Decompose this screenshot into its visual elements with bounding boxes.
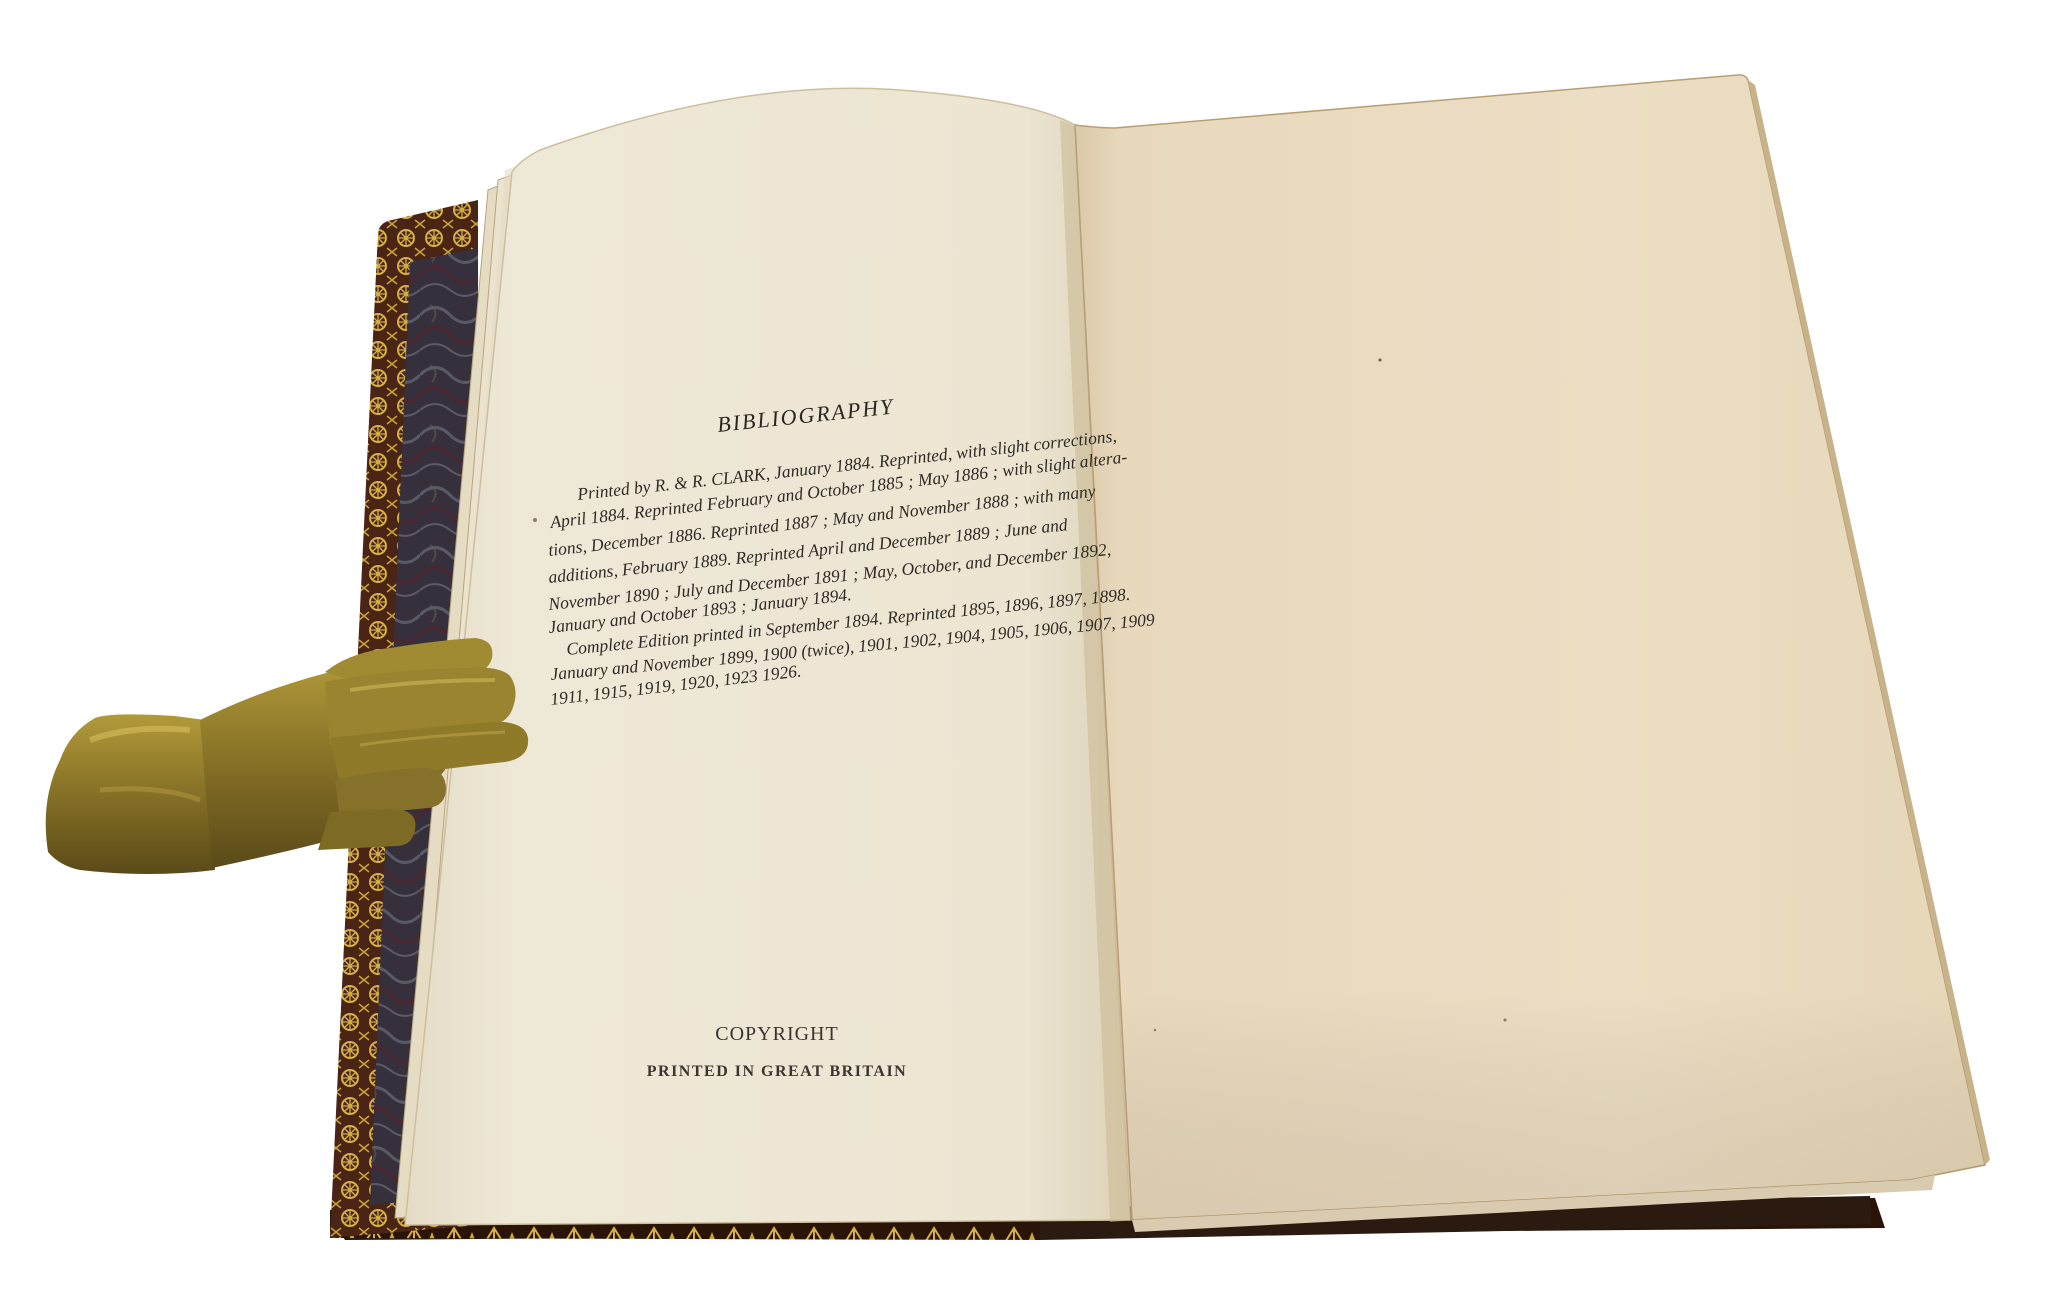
hand-little-finger bbox=[318, 809, 415, 850]
paper-speck bbox=[1379, 359, 1382, 362]
printed-in-great-britain: PRINTED IN GREAT BRITAIN bbox=[647, 1063, 907, 1080]
book-photo-scene: BIBLIOGRAPHY Printed by R. & R. CLARK, J… bbox=[0, 0, 2048, 1310]
paper-speck bbox=[1504, 1019, 1507, 1022]
paper-speck bbox=[1154, 1029, 1156, 1031]
paper-speck bbox=[533, 518, 537, 522]
copyright-label: COPYRIGHT bbox=[715, 1023, 838, 1045]
